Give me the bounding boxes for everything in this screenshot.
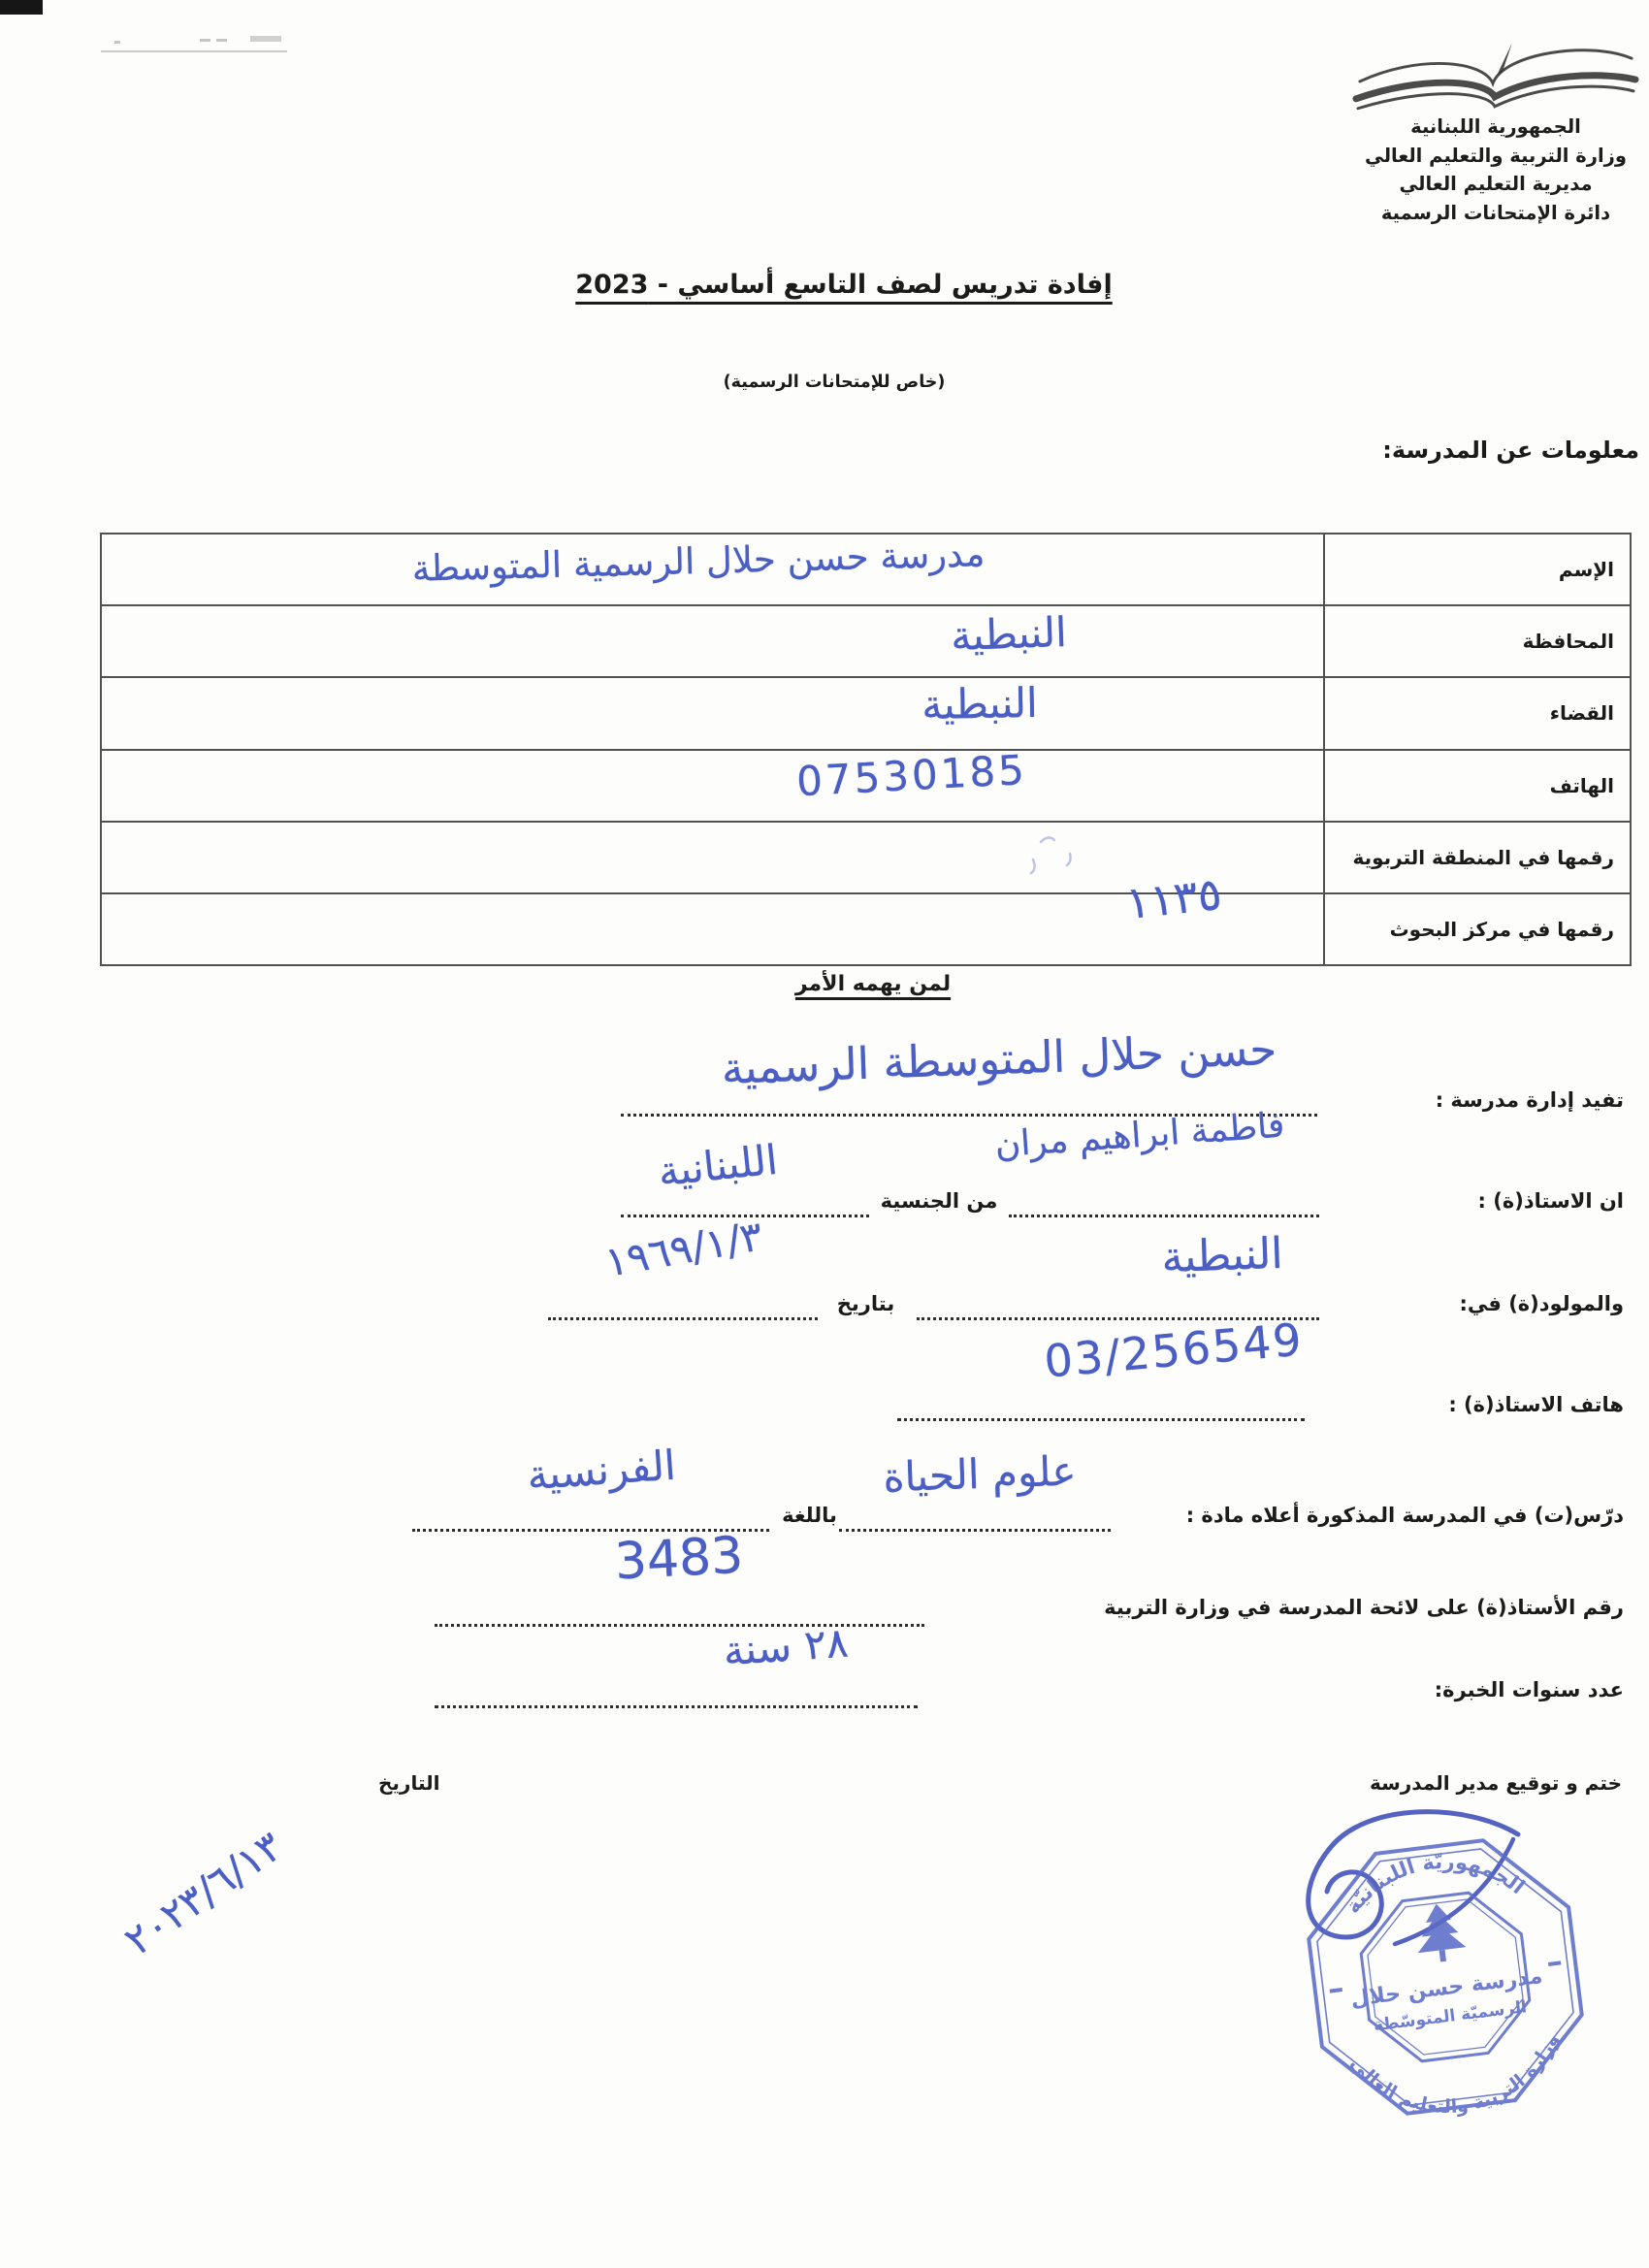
handwritten-governorate: النبطية [901,609,1115,660]
scan-artifact-smudge [200,39,210,42]
label-certifies-school: تفيد إدارة مدرسة : [1436,1088,1624,1112]
handwritten-roster-number: 3483 [571,1527,788,1591]
label-teacher-roster-number: رقم الأستاذ(ة) على لائحة المدرسة في وزار… [1104,1596,1624,1619]
handwritten-language: الفرنسية [455,1440,748,1503]
scan-corner-mark [0,0,43,15]
school-info-table: الإسم المحافظة القضاء الهاتف رقمها في ال… [100,533,1632,966]
stamp-ring-bottom-text: وزارة التربية والتعليم العالي [1344,2028,1570,2130]
row-label-district: القضاء [1323,678,1630,748]
label-born-in: والمولود(ة) في: [1459,1292,1624,1315]
handwritten-birthplace: النبطية [1095,1229,1348,1282]
row-label-phone: الهاتف [1323,751,1630,821]
row-label-name: الإسم [1323,535,1630,604]
school-stamp: الجمهوريّة اللبنانيّة وزارة التربية والت… [1281,1815,1609,2140]
table-row: القضاء [102,676,1630,748]
label-date: التاريخ [378,1771,439,1795]
handwritten-teacher-phone: 03/256549 [1008,1312,1341,1388]
scan-artifact-smudge [114,41,120,44]
handwritten-nationality: اللبنانية [599,1133,835,1200]
label-taught-subject: درّس(ت) في المدرسة المذكورة أعلاه مادة : [1186,1504,1624,1527]
row-label-governorate: المحافظة [1323,606,1630,676]
to-whom-heading: لمن يهمه الأمر [679,972,1067,996]
table-row: المحافظة [102,604,1630,676]
scan-artifact-smudge [216,39,227,42]
label-stamp-signature: ختم و توقيع مدير المدرسة [1370,1771,1622,1795]
cedar-tree-icon [1412,1901,1468,1965]
label-teacher-phone: هاتف الاستاذ(ة) : [1448,1393,1624,1416]
svg-text:الجمهوريّة اللبنانيّة: الجمهوريّة اللبنانيّة [1336,1839,1531,1920]
dotted-line [435,1682,918,1708]
school-info-heading: معلومات عن المدرسة: [1251,437,1639,464]
agency-line-republic: الجمهورية اللبنانية [1350,113,1641,142]
agency-line-ministry: وزارة التربية والتعليم العالي [1350,142,1641,171]
agency-line-department: دائرة الإمتحانات الرسمية [1350,199,1641,228]
label-years-experience: عدد سنوات الخبرة: [1435,1678,1624,1701]
dotted-line [839,1506,1111,1532]
agency-header: الجمهورية اللبنانية وزارة التربية والتعل… [1350,113,1641,227]
dotted-line [897,1395,1305,1421]
handwritten-subject: علوم الحياة [833,1448,1125,1502]
handwritten-date: ٢٠٢٣/٦/١٣ [72,1793,335,1994]
handwritten-district: النبطية [873,681,1087,728]
dotted-line [548,1294,818,1320]
table-row: رقمها في المنطقة التربوية [102,821,1630,892]
faint-ink-mark [1023,832,1091,877]
svg-text:وزارة التربية والتعليم العالي: وزارة التربية والتعليم العالي [1344,2028,1570,2130]
form-subtitle: (خاص للإمتحانات الرسمية) [543,373,1125,392]
table-row: رقمها في مركز البحوث [102,892,1630,964]
label-teacher-name: ان الاستاذ(ة) : [1478,1189,1624,1213]
open-book-logo [1350,31,1639,114]
label-nationality-inline: من الجنسية [871,1189,1007,1213]
row-label-educational-zone-number: رقمها في المنطقة التربوية [1323,823,1630,892]
stamp-ring-top-text: الجمهوريّة اللبنانيّة [1336,1839,1531,1920]
scanned-form-page: الجمهورية اللبنانية وزارة التربية والتعل… [0,0,1649,2268]
agency-line-directorate: مديرية التعليم العالي [1350,170,1641,199]
label-on-date-inline: بتاريخ [820,1292,912,1315]
scan-artifact-smudge [250,36,281,42]
label-in-language-inline: باللغة [768,1504,851,1527]
row-label-research-center-number: رقمها في مركز البحوث [1323,894,1630,964]
handwritten-school-name-2: حسن حلال المتوسطة الرسمية [697,1025,1300,1092]
dotted-line [1009,1191,1319,1217]
form-title: إفادة تدريس لصف التاسع أساسي - 2023 [407,270,1280,300]
